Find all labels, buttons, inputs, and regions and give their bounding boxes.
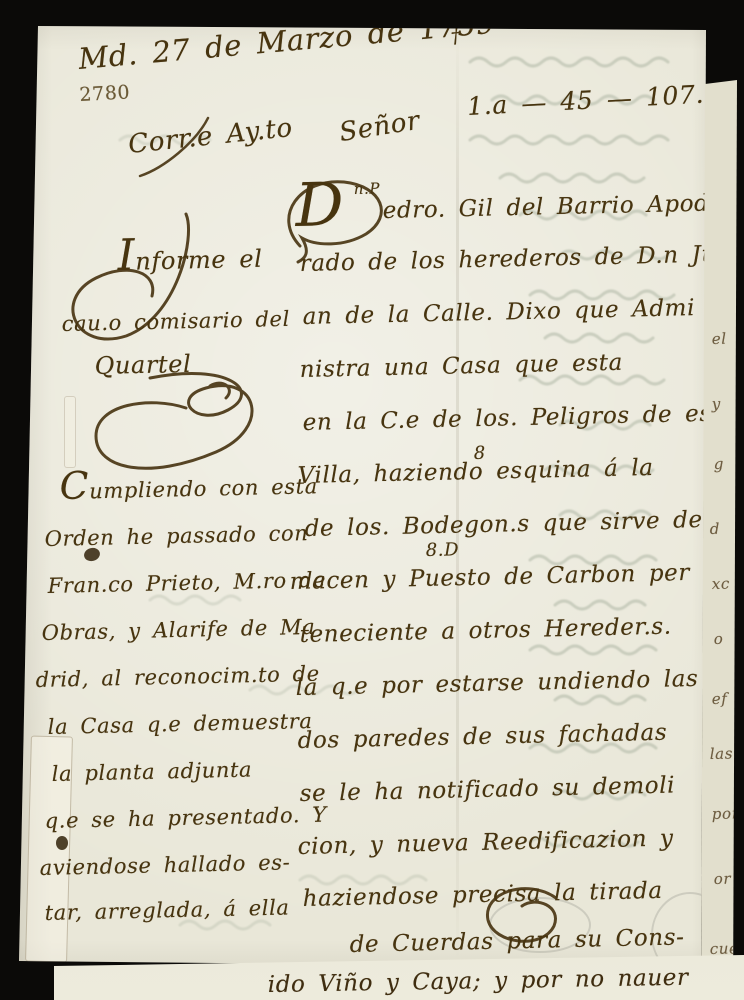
- ink-blot: [56, 836, 68, 850]
- next-page-text-fragment: ido Viño y Caya; y por no nauer: [268, 965, 689, 998]
- manuscript-scan: † Md. 27 de Marzo de 1759 2780 1.a — 45 …: [0, 0, 744, 1000]
- adjacent-page-fragment: el: [712, 330, 727, 348]
- adjacent-page-fragment: o: [714, 630, 724, 648]
- adjacent-page-fragment: d: [710, 520, 721, 538]
- registry-number: 2780: [79, 81, 131, 106]
- vertical-fold-crease: [456, 28, 459, 964]
- decree-line: Informe el: [117, 245, 262, 276]
- interline-mark: 8: [474, 443, 487, 464]
- adjacent-page-fragment: y: [712, 395, 721, 413]
- body-initial-superscript: n.P: [354, 179, 381, 198]
- interline-mark: 8.D: [426, 539, 460, 561]
- adjacent-page-fragment: por: [712, 804, 740, 823]
- decree-line: Quartel: [94, 350, 191, 380]
- adjacent-page-fragment: or: [714, 870, 732, 888]
- report-line: la planta adjunta: [51, 757, 252, 786]
- adjacent-page-fragment: ef: [712, 690, 728, 708]
- manuscript-page: † Md. 27 de Marzo de 1759 2780 1.a — 45 …: [0, 0, 744, 1000]
- adjacent-page-fragment: xc: [712, 575, 730, 593]
- small-repair-mark: [64, 396, 76, 468]
- adjacent-page-fragment: g: [714, 455, 725, 473]
- adjacent-page-fragment: las: [710, 744, 734, 763]
- body-initial: D: [295, 181, 345, 230]
